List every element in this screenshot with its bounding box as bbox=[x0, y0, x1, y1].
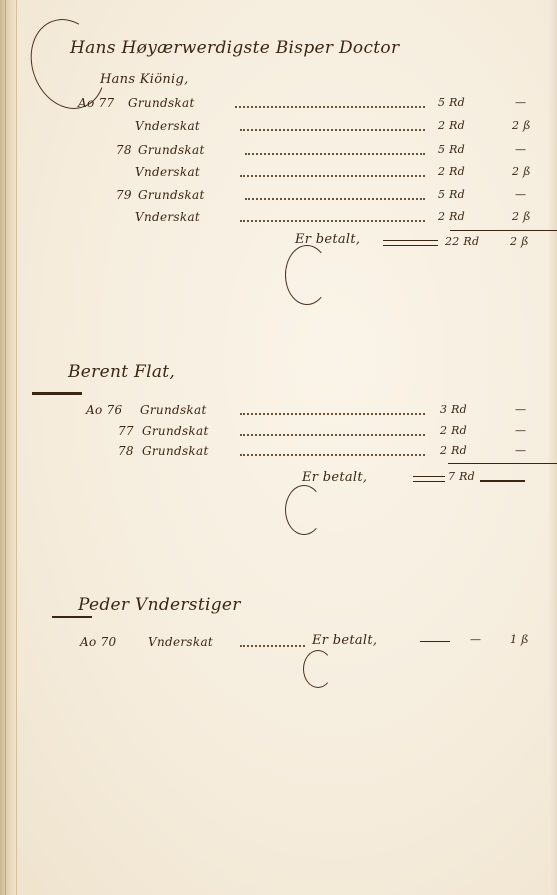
entry-rd: 2 Rd bbox=[440, 444, 467, 457]
entry-item: Vnderskat bbox=[135, 210, 200, 224]
entry-year: 78 bbox=[118, 444, 134, 458]
entry-rd: 2 Rd bbox=[438, 165, 465, 178]
entry-item: Grundskat bbox=[140, 403, 207, 417]
entry-item: Vnderskat bbox=[135, 165, 200, 179]
entry-rd: 5 Rd bbox=[438, 143, 465, 156]
total-label: Er betalt, bbox=[312, 633, 377, 648]
leader-dots bbox=[240, 413, 425, 415]
total-sk: 2 ß bbox=[510, 235, 529, 248]
total-sk: 1 ß bbox=[510, 633, 529, 646]
entry-sk: 2 ß bbox=[512, 119, 531, 132]
entry-year: Ao 76 bbox=[86, 403, 122, 417]
leader-dots bbox=[245, 198, 425, 200]
ledger-page: Hans Høyærwerdigste Bisper Doctor Hans K… bbox=[0, 0, 557, 895]
entry-rd: 2 Rd bbox=[440, 424, 467, 437]
entry-item: Grundskat bbox=[138, 143, 205, 157]
leader-dots bbox=[245, 153, 425, 155]
heading-underline bbox=[32, 392, 82, 395]
section-1-subheading: Hans Kiönig, bbox=[100, 72, 189, 87]
entry-sk: — bbox=[515, 188, 526, 201]
total-rd: — bbox=[470, 633, 481, 646]
entry-rd: 2 Rd bbox=[438, 210, 465, 223]
total-dash bbox=[480, 480, 525, 482]
entry-year: Ao 77 bbox=[78, 96, 114, 110]
leader-dots bbox=[235, 106, 425, 108]
entry-item: Grundskat bbox=[138, 188, 205, 202]
total-rule bbox=[448, 463, 557, 464]
leader-dots bbox=[240, 645, 305, 647]
flourish-icon bbox=[285, 245, 329, 305]
leader-dots bbox=[240, 129, 425, 131]
heading-underline bbox=[52, 616, 92, 618]
leader-dots bbox=[240, 175, 425, 177]
total-rd: 7 Rd bbox=[448, 470, 475, 483]
entry-year: 77 bbox=[118, 424, 134, 438]
entry-year: 78 bbox=[116, 143, 132, 157]
entry-item: Grundskat bbox=[142, 444, 209, 458]
total-rule bbox=[450, 230, 557, 231]
entry-item: Vnderskat bbox=[135, 119, 200, 133]
flourish-icon bbox=[303, 650, 333, 688]
entry-sk: — bbox=[515, 96, 526, 109]
entry-rd: 5 Rd bbox=[438, 188, 465, 201]
section-3-heading: Peder Vnderstiger bbox=[78, 595, 241, 615]
entry-item: Grundskat bbox=[142, 424, 209, 438]
page-right-edge bbox=[549, 0, 557, 895]
flourish-icon bbox=[285, 485, 323, 535]
leader-dots bbox=[240, 220, 425, 222]
entry-year: 79 bbox=[116, 188, 132, 202]
entry-item: Grundskat bbox=[128, 96, 195, 110]
entry-sk: 2 ß bbox=[512, 165, 531, 178]
entry-rd: 2 Rd bbox=[438, 119, 465, 132]
entry-sk: 2 ß bbox=[512, 210, 531, 223]
section-2-heading: Berent Flat, bbox=[68, 362, 175, 382]
total-label: Er betalt, bbox=[302, 470, 367, 485]
entry-item: Vnderskat bbox=[148, 635, 213, 649]
equals-mark bbox=[413, 476, 445, 482]
leader-dots bbox=[240, 454, 425, 456]
total-dash bbox=[420, 641, 450, 642]
entry-sk: — bbox=[515, 444, 526, 457]
entry-rd: 3 Rd bbox=[440, 403, 467, 416]
section-1-heading: Hans Høyærwerdigste Bisper Doctor bbox=[70, 38, 399, 58]
entry-sk: — bbox=[515, 403, 526, 416]
leader-dots bbox=[240, 434, 425, 436]
book-binding-edge bbox=[0, 0, 17, 895]
entry-year: Ao 70 bbox=[80, 635, 116, 649]
entry-sk: — bbox=[515, 424, 526, 437]
total-rd: 22 Rd bbox=[445, 235, 479, 248]
entry-rd: 5 Rd bbox=[438, 96, 465, 109]
equals-mark bbox=[383, 240, 438, 246]
entry-sk: — bbox=[515, 143, 526, 156]
